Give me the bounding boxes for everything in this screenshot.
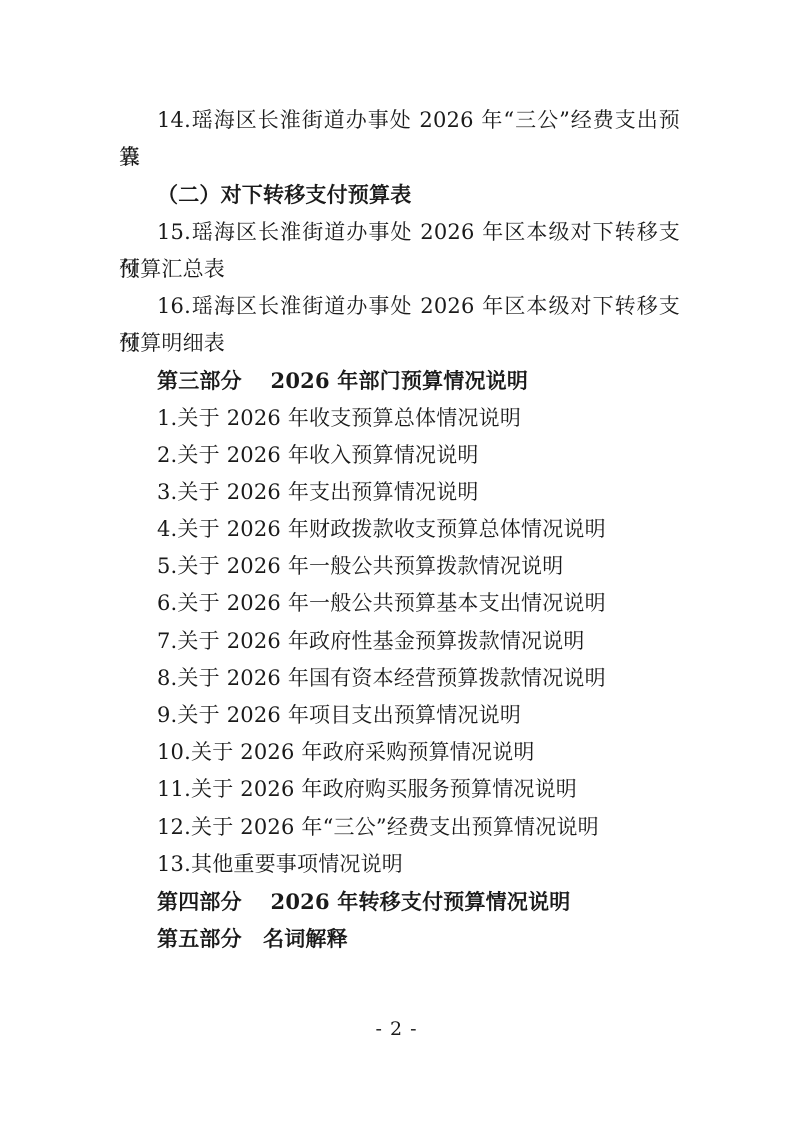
section-heading: 第四部分 2026 年转移支付预算情况说明 (119, 883, 680, 920)
toc-line: 6.关于 2026 年一般公共预算基本支出情况说明 (119, 585, 680, 622)
toc-line: 13.其他重要事项情况说明 (119, 846, 680, 883)
toc-line: 12.关于 2026 年“三公”经费支出预算情况说明 (119, 809, 680, 846)
toc-line-continuation: 预算明细表 (119, 325, 680, 362)
toc-line-continuation: 预算汇总表 (119, 251, 680, 288)
toc-line: 4.关于 2026 年财政拨款收支预算总体情况说明 (119, 511, 680, 548)
toc-line: 2.关于 2026 年收入预算情况说明 (119, 437, 680, 474)
section-heading: （二）对下转移支付预算表 (119, 176, 680, 213)
toc-line: 9.关于 2026 年项目支出预算情况说明 (119, 697, 680, 734)
toc-line: 5.关于 2026 年一般公共预算拨款情况说明 (119, 548, 680, 585)
toc-line: 10.关于 2026 年政府采购预算情况说明 (119, 734, 680, 771)
toc-line: 8.关于 2026 年国有资本经营预算拨款情况说明 (119, 660, 680, 697)
toc-line-continuation: 表 (119, 139, 680, 176)
toc-line: 1.关于 2026 年收支预算总体情况说明 (119, 400, 680, 437)
toc-line: 14.瑶海区长淮街道办事处 2026 年“三公”经费支出预算 (119, 102, 680, 139)
table-of-contents: 14.瑶海区长淮街道办事处 2026 年“三公”经费支出预算 表 （二）对下转移… (119, 102, 680, 957)
toc-line: 15.瑶海区长淮街道办事处 2026 年区本级对下转移支付 (119, 214, 680, 251)
page-number: - 2 - (0, 1016, 793, 1042)
document-page: 14.瑶海区长淮街道办事处 2026 年“三公”经费支出预算 表 （二）对下转移… (0, 0, 793, 1122)
section-heading: 第五部分 名词解释 (119, 920, 680, 957)
toc-line: 7.关于 2026 年政府性基金预算拨款情况说明 (119, 623, 680, 660)
toc-line: 16.瑶海区长淮街道办事处 2026 年区本级对下转移支付 (119, 288, 680, 325)
toc-line: 11.关于 2026 年政府购买服务预算情况说明 (119, 771, 680, 808)
toc-line: 3.关于 2026 年支出预算情况说明 (119, 474, 680, 511)
section-heading: 第三部分 2026 年部门预算情况说明 (119, 362, 680, 399)
